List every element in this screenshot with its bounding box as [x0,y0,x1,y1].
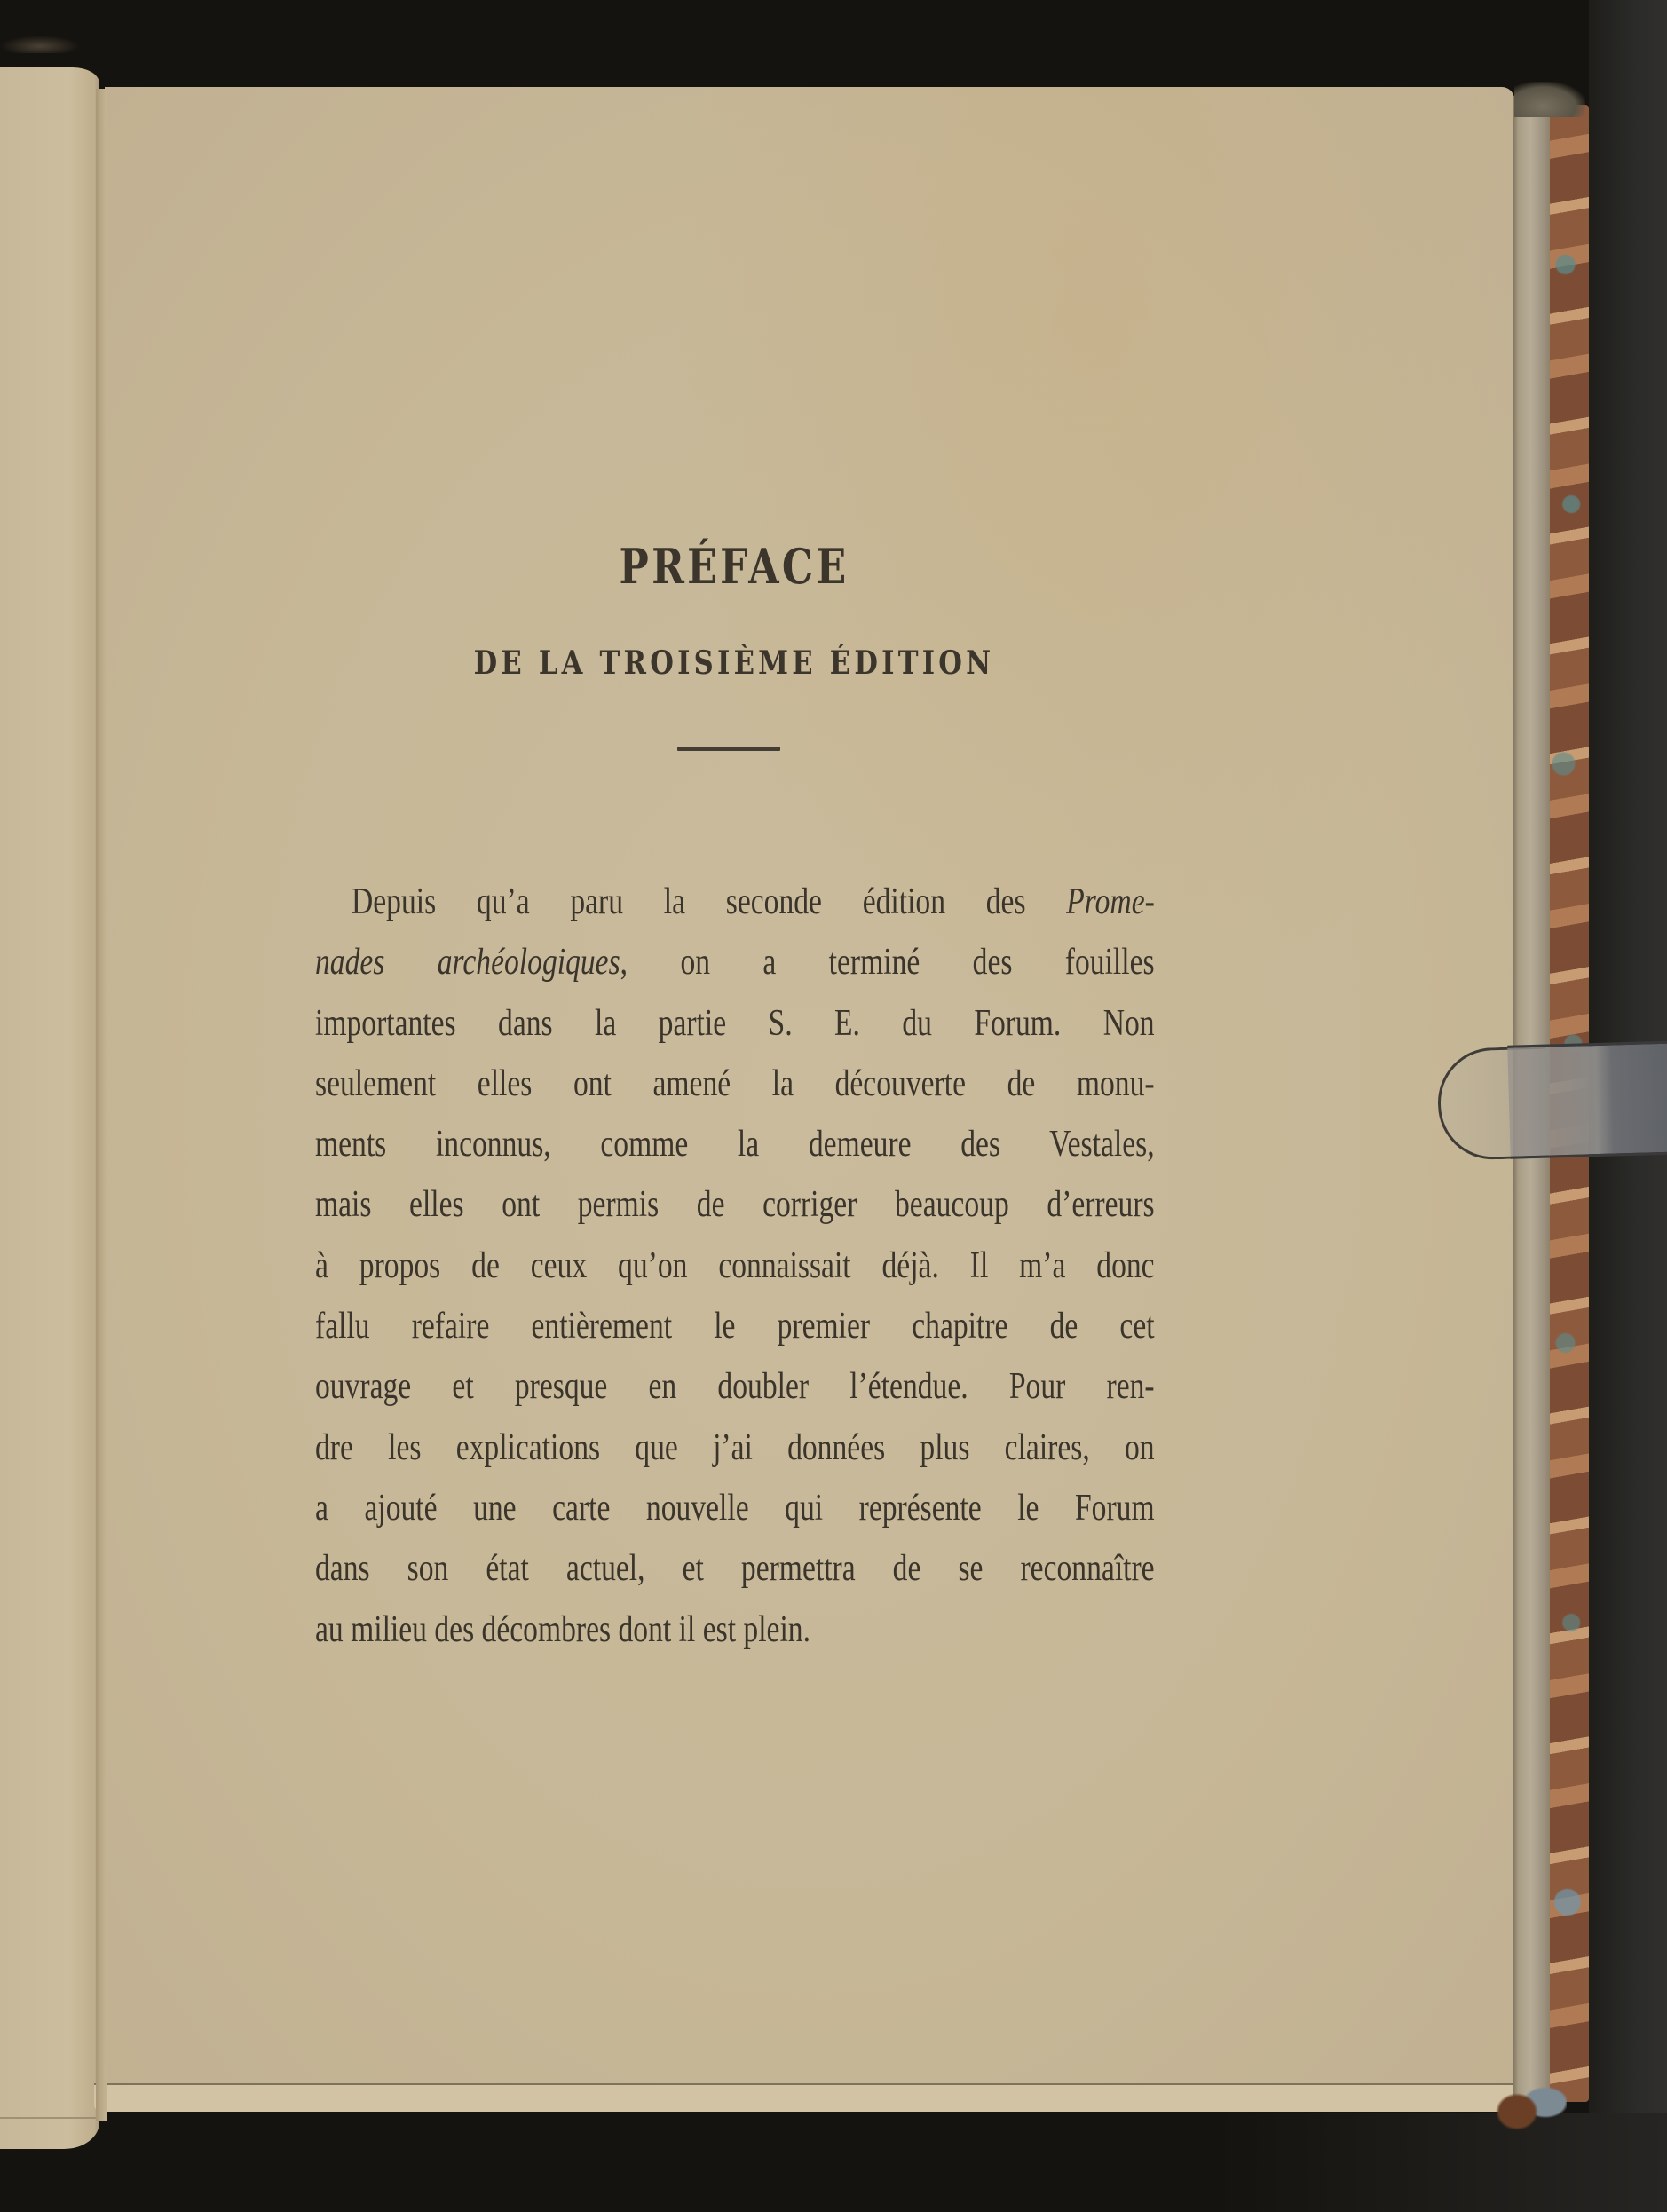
book-gutter [96,89,107,2121]
background-bottom [1216,2113,1667,2212]
preface-paragraph: Depuis qu’a paru la seconde édition des … [315,872,1155,1660]
page-bottom-edges [94,2083,1514,2112]
text-line: ments inconnus, comme la demeure des Ves… [315,1114,1155,1174]
text-line: dans son état actuel, et permettra de se… [315,1538,1155,1599]
left-page [0,67,99,2149]
text-line: mais elles ont permis de corriger beauco… [315,1174,1155,1235]
text-line: seulement elles ont amené la découverte … [315,1054,1155,1114]
page-title: PRÉFACE [132,540,1336,593]
text-line: Depuis qu’a paru la seconde édition des … [352,872,1155,932]
text-line: fallu refaire entièrement le premier cha… [315,1296,1155,1356]
spine-bottom-tailcap [1496,2068,1567,2130]
text-line: ouvrage et presque en doubler l’étendue.… [315,1356,1155,1417]
italic-title-run: nades archéologiques [315,942,620,983]
page-bottom-edge-line [105,2097,1514,2097]
text-line: à propos de ceux qu’on connaissait déjà.… [315,1236,1155,1296]
title-divider-rule [677,747,780,751]
left-page-edge-line [0,2117,96,2122]
text-line: nades archéologiques, on a terminé des f… [315,932,1155,992]
text-line: importantes dans la partie S. E. du Foru… [315,993,1155,1054]
left-page-shadow [0,36,80,53]
italic-title-run: Prome- [1066,881,1155,922]
text-line: au milieu des décombres dont il est plei… [315,1600,1155,1660]
text-line: a ajouté une carte nouvelle qui représen… [315,1478,1155,1538]
page-subtitle: DE LA TROISIÈME ÉDITION [110,644,1358,682]
text-line: dre les explications que j’ai données pl… [315,1418,1155,1478]
text-run: Depuis qu’a paru la seconde édition des [352,881,1066,922]
text-run: , on a terminé des fouilles [620,942,1155,983]
metal-spatula-bookmark-icon [1436,1039,1667,1159]
spine-top-headcap [1514,82,1585,117]
spatula-blade [1507,1039,1667,1159]
